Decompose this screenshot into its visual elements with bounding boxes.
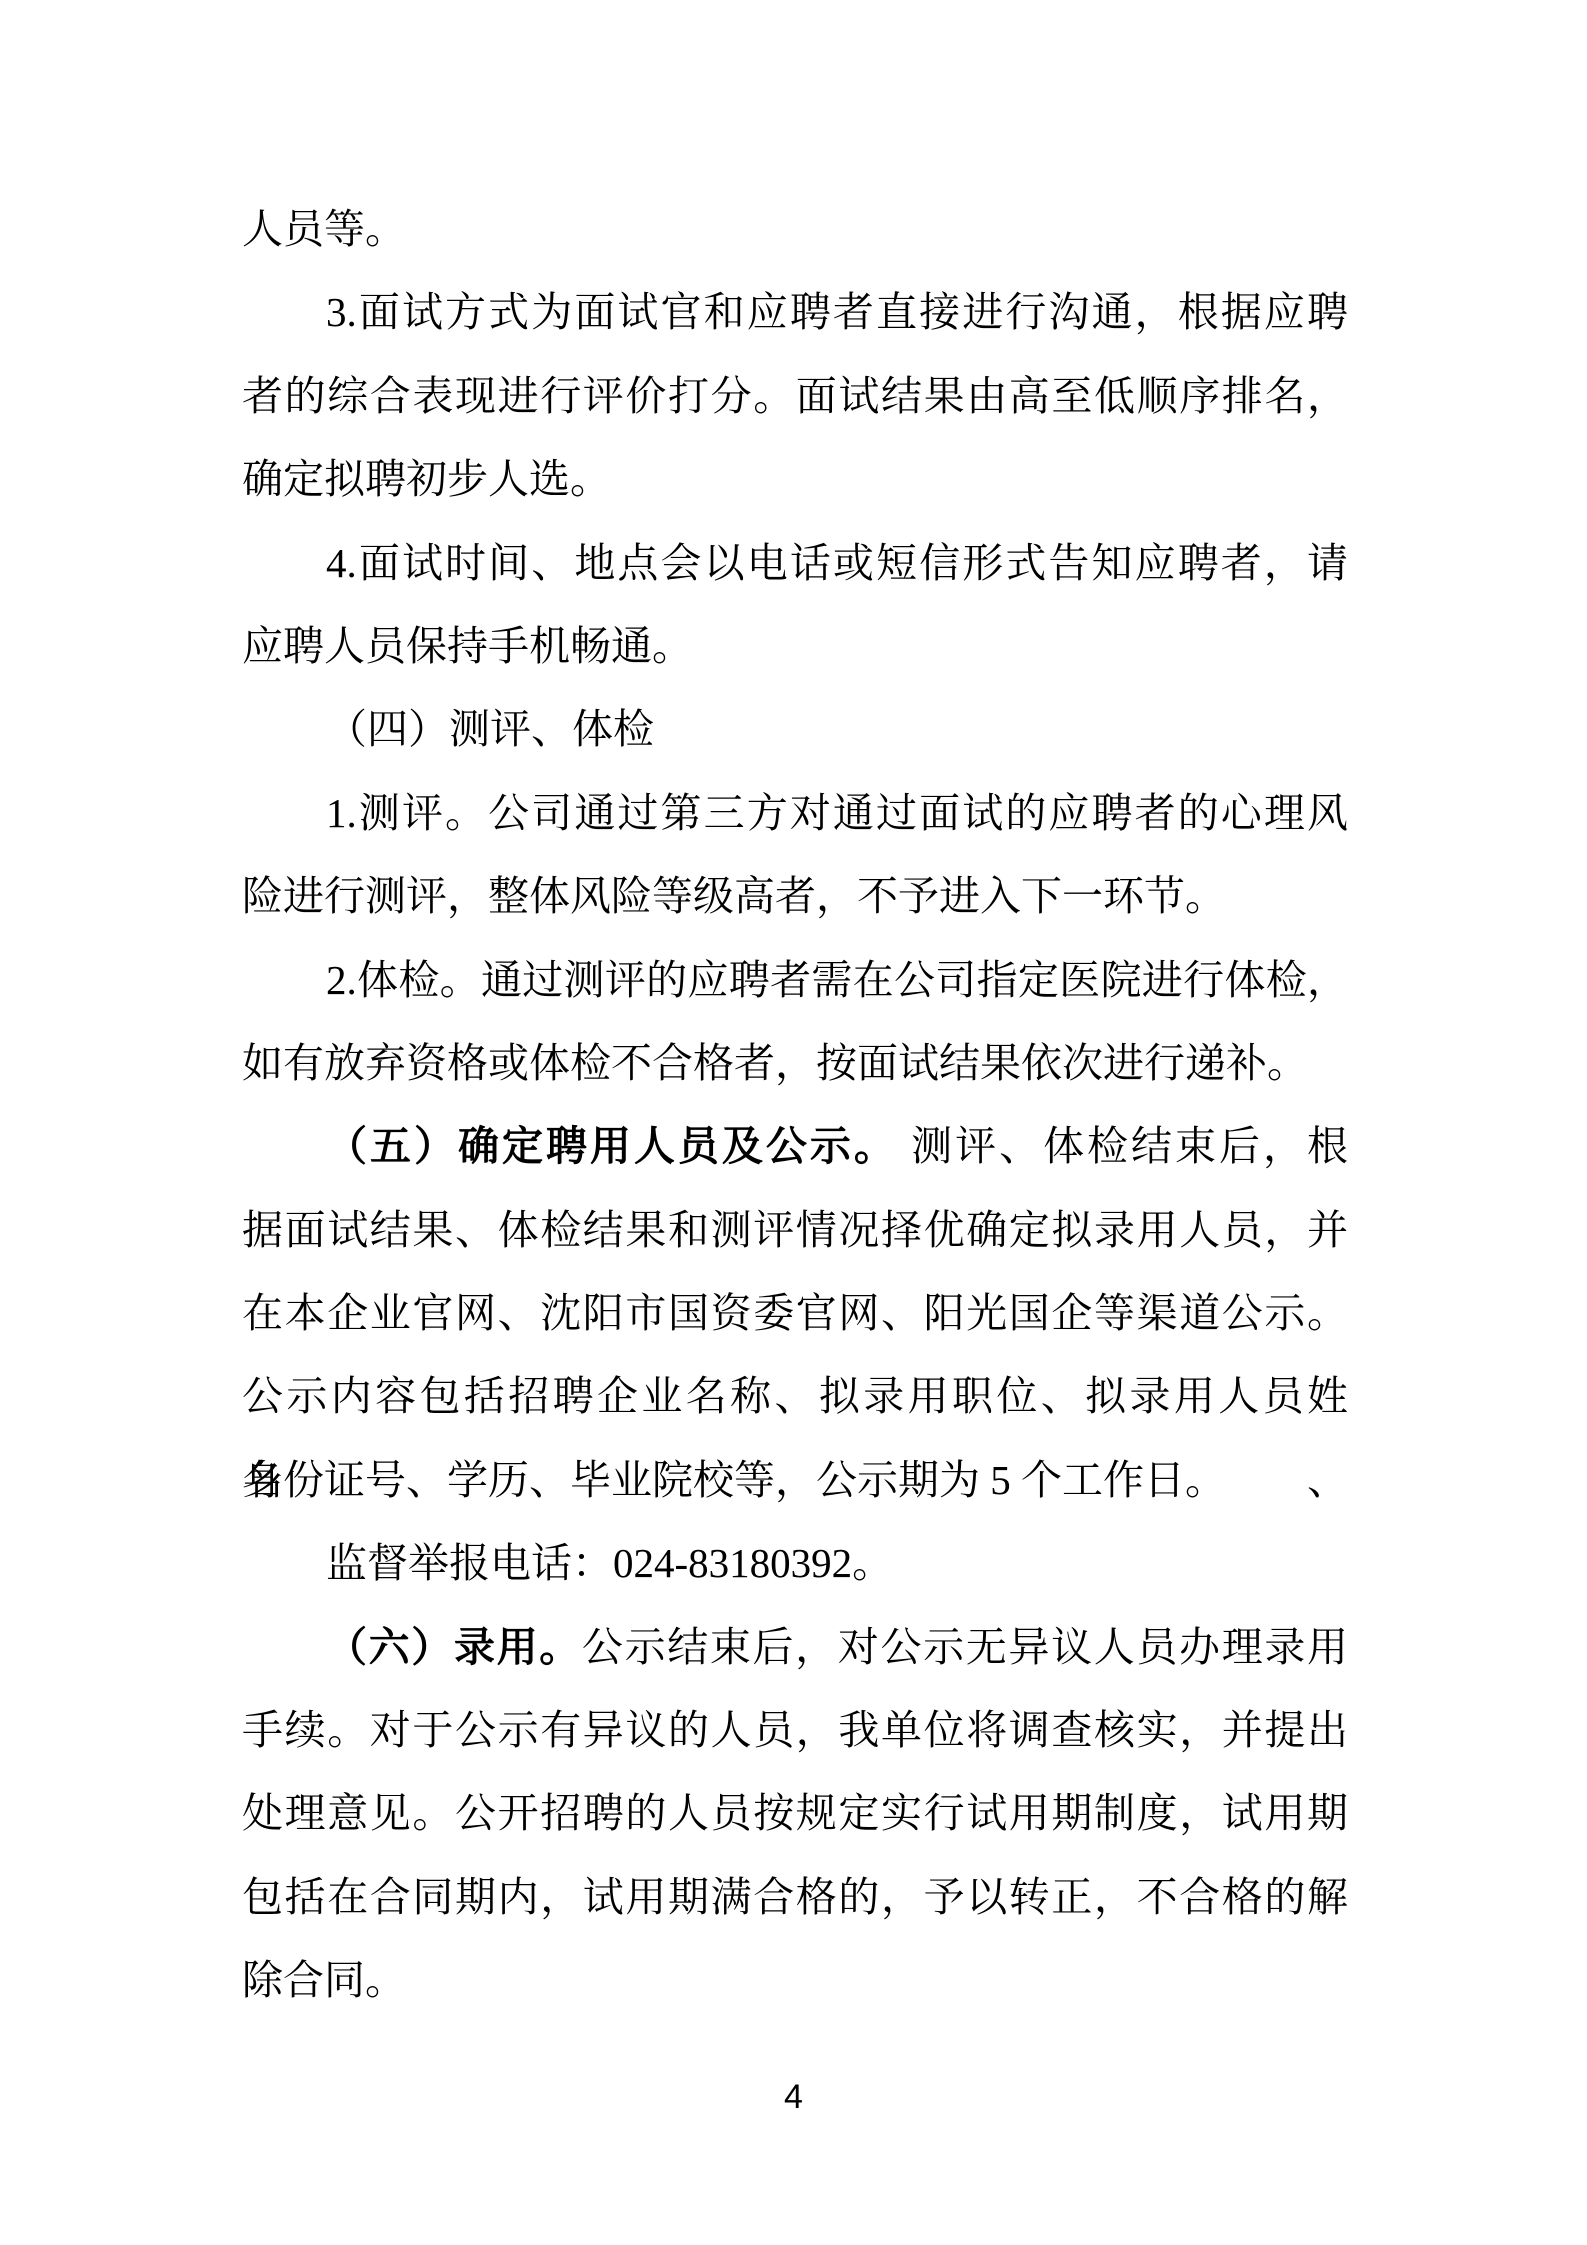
- text-line: 处理意见。公开招聘的人员按规定实行试用期制度，试用期: [242, 1772, 1348, 1855]
- page-number: 4: [0, 2078, 1587, 2117]
- text-line: 身份证号、学历、毕业院校等，公示期为 5 个工作日。: [242, 1439, 1348, 1522]
- text-segment: 测评、体检结束后，根: [898, 1123, 1348, 1169]
- text-segment: 包括在合同期内，试用期满合格的，予以转正，不合格的解: [242, 1874, 1348, 1920]
- text-segment: 应聘人员保持手机畅通。: [242, 623, 693, 669]
- text-line: 在本企业官网、沈阳市国资委官网、阳光国企等渠道公示。: [242, 1272, 1348, 1355]
- text-line: 据面试结果、体检结果和测评情况择优确定拟录用人员，并: [242, 1189, 1348, 1272]
- text-line: 监督举报电话：024-83180392。: [242, 1522, 1348, 1605]
- text-line: 手续。对于公示有异议的人员，我单位将调查核实，并提出: [242, 1689, 1348, 1772]
- heading-segment: （六）录用。: [326, 1624, 582, 1670]
- text-segment: （四）测评、体检: [326, 706, 654, 752]
- text-line: 包括在合同期内，试用期满合格的，予以转正，不合格的解: [242, 1856, 1348, 1939]
- text-segment: 处理意见。公开招聘的人员按规定实行试用期制度，试用期: [242, 1790, 1348, 1836]
- text-line: 1.测评。公司通过第三方对通过面试的应聘者的心理风: [242, 772, 1348, 855]
- text-line: （五）确定聘用人员及公示。 测评、体检结束后，根: [242, 1105, 1348, 1188]
- text-line: 人员等。: [242, 188, 1348, 271]
- text-segment: 在本企业官网、沈阳市国资委官网、阳光国企等渠道公示。: [242, 1290, 1348, 1336]
- text-segment: 手续。对于公示有异议的人员，我单位将调查核实，并提出: [242, 1707, 1348, 1753]
- text-segment: 确定拟聘初步人选。: [242, 456, 611, 502]
- text-line: 2.体检。通过测评的应聘者需在公司指定医院进行体检，: [242, 939, 1348, 1022]
- text-segment: 者的综合表现进行评价打分。面试结果由高至低顺序排名，: [242, 373, 1348, 419]
- text-line: 公示内容包括招聘企业名称、拟录用职位、拟录用人员姓名、: [242, 1355, 1348, 1438]
- text-line: （六）录用。公示结束后，对公示无异议人员办理录用: [242, 1606, 1348, 1689]
- text-segment: 3.面试方式为面试官和应聘者直接进行沟通，根据应聘: [326, 289, 1348, 335]
- document-page: 人员等。3.面试方式为面试官和应聘者直接进行沟通，根据应聘者的综合表现进行评价打…: [0, 0, 1587, 2245]
- text-segment: 据面试结果、体检结果和测评情况择优确定拟录用人员，并: [242, 1207, 1348, 1253]
- text-line: 如有放弃资格或体检不合格者，按面试结果依次进行递补。: [242, 1022, 1348, 1105]
- text-segment: 4.面试时间、地点会以电话或短信形式告知应聘者，请: [326, 540, 1348, 586]
- document-body: 人员等。3.面试方式为面试官和应聘者直接进行沟通，根据应聘者的综合表现进行评价打…: [242, 188, 1348, 2023]
- text-segment: 1.测评。公司通过第三方对通过面试的应聘者的心理风: [326, 790, 1348, 836]
- text-segment: 如有放弃资格或体检不合格者，按面试结果依次进行递补。: [242, 1040, 1308, 1086]
- text-line: 除合同。: [242, 1939, 1348, 2022]
- text-line: 4.面试时间、地点会以电话或短信形式告知应聘者，请: [242, 522, 1348, 605]
- text-segment: 人员等。: [242, 206, 406, 252]
- heading-segment: （五）确定聘用人员及公示。: [326, 1123, 898, 1169]
- text-segment: 除合同。: [242, 1957, 406, 2003]
- text-line: 者的综合表现进行评价打分。面试结果由高至低顺序排名，: [242, 355, 1348, 438]
- text-line: 确定拟聘初步人选。: [242, 438, 1348, 521]
- text-segment: 监督举报电话：024-83180392。: [326, 1540, 893, 1586]
- text-segment: 险进行测评，整体风险等级高者，不予进入下一环节。: [242, 873, 1226, 919]
- text-line: 应聘人员保持手机畅通。: [242, 605, 1348, 688]
- text-line: （四）测评、体检: [242, 688, 1348, 771]
- text-line: 3.面试方式为面试官和应聘者直接进行沟通，根据应聘: [242, 271, 1348, 354]
- text-segment: 身份证号、学历、毕业院校等，公示期为 5 个工作日。: [242, 1457, 1226, 1503]
- text-line: 险进行测评，整体风险等级高者，不予进入下一环节。: [242, 855, 1348, 938]
- text-segment: 2.体检。通过测评的应聘者需在公司指定医院进行体检，: [326, 957, 1348, 1003]
- text-segment: 公示结束后，对公示无异议人员办理录用: [582, 1624, 1348, 1670]
